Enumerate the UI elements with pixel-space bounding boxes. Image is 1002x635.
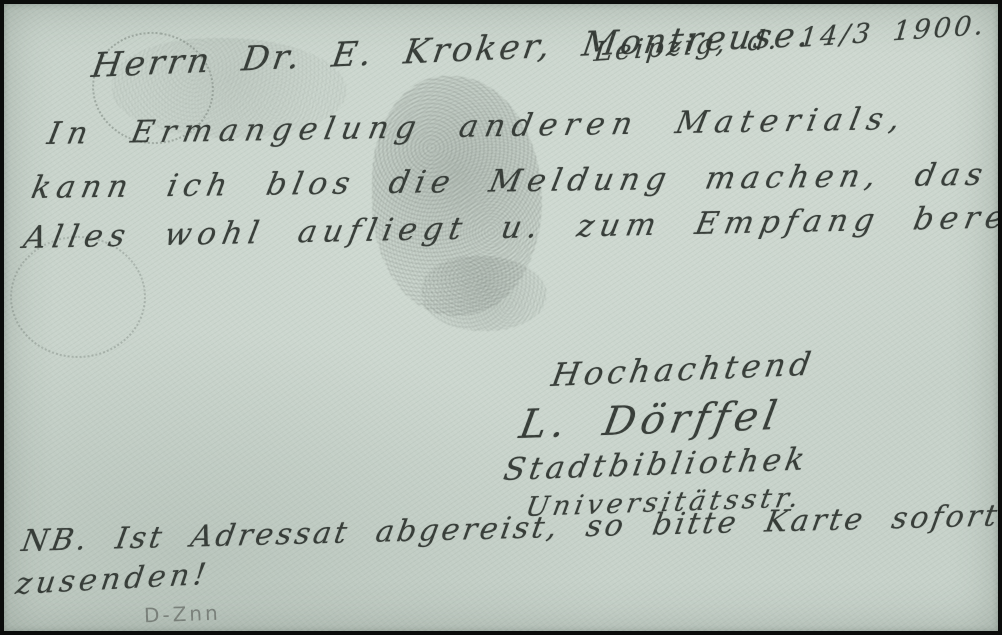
- border-notch: [587, 0, 596, 4]
- salutation-line: Herrn Dr. E. Kroker, Montreuse.: [89, 15, 815, 86]
- pencil-annotation: D-Znn: [144, 601, 221, 628]
- border-notch: [502, 631, 509, 635]
- institution-line: Stadtbibliothek: [501, 441, 812, 488]
- postscript-line: NB. Ist Adressat abgereist, so bitte Kar…: [19, 494, 1002, 559]
- body-line: In Ermangelung anderen Materials,: [44, 101, 910, 152]
- body-line: Alles wohl aufliegt u. zum Empfang berei…: [21, 198, 1002, 256]
- body-line: kann ich blos die Meldung machen, das: [28, 157, 991, 206]
- signature: L. Dörffel: [516, 393, 785, 448]
- border-notch: [0, 216, 4, 224]
- postmark-bleedthrough-smudge: [422, 256, 547, 331]
- valediction-line: Hochachtend: [549, 345, 818, 394]
- postscript-line: zusenden!: [14, 557, 213, 602]
- postcard-scan: Leipzig, d. 14/3 1900. Herrn Dr. E. Krok…: [0, 0, 1002, 635]
